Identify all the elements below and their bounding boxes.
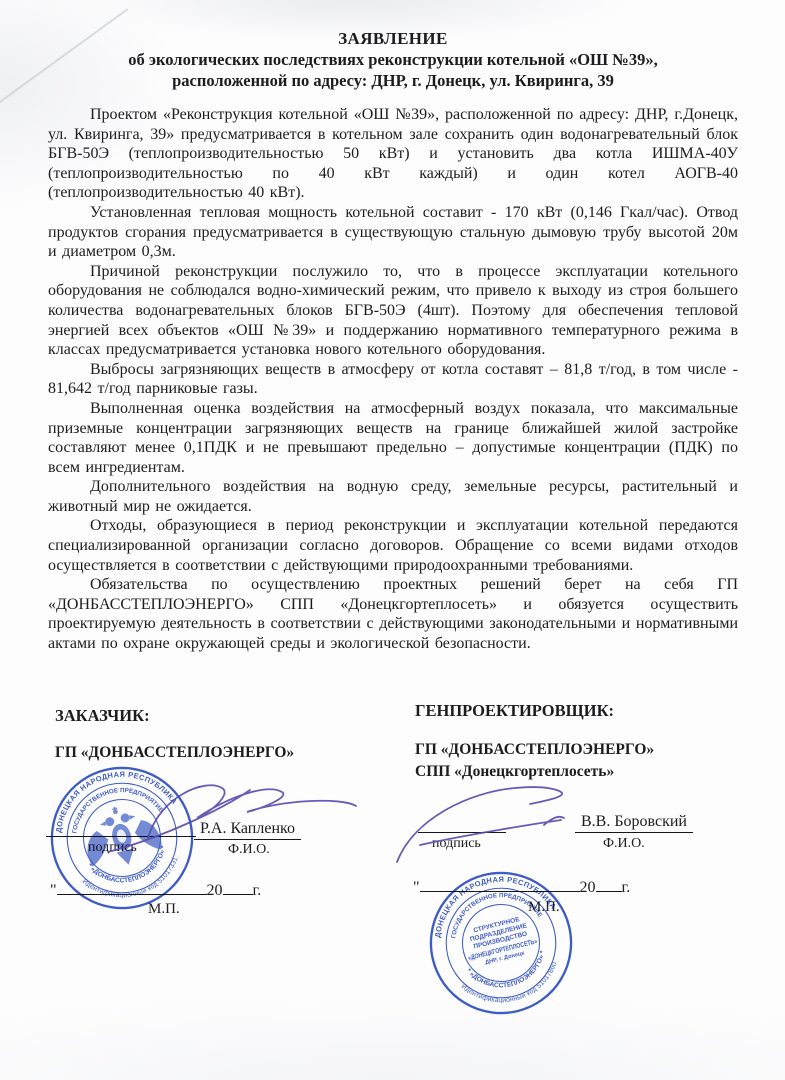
stamp-center-text: СТРУКТУРНОЕ ПОДРАЗДЕЛЕНИЕ ПРОИЗВОДСТВО «… — [461, 913, 540, 970]
paragraph: Проектом «Реконструкция котельной «ОШ №3… — [48, 105, 738, 203]
official-stamp-left: ДОНЕЦКАЯ НАРОДНАЯ РЕСПУБЛИКА Идентификац… — [32, 748, 211, 927]
customer-name: Р.А. Капленко — [194, 820, 301, 840]
year-suffix: г. — [253, 882, 262, 899]
paragraph: Дополнительного воздействия на водную ср… — [48, 477, 738, 516]
designer-name: В.В. Боровский — [575, 813, 693, 833]
paragraph: Установленная тепловая мощность котельно… — [48, 203, 738, 262]
title-line: ЗАЯВЛЕНИЕ — [48, 28, 738, 49]
designer-role-label: ГЕНПРОЕКТИРОВЩИК: — [415, 701, 614, 721]
customer-name-caption: Ф.И.О. — [228, 842, 270, 858]
scanned-document-page: ЗАЯВЛЕНИЕ об экологических последствиях … — [0, 0, 785, 1080]
paragraph: Обязательства по осуществлению проектных… — [48, 575, 738, 653]
paragraph: Выбросы загрязняющих веществ в атмосферу… — [48, 360, 738, 399]
year-prefix: 20 — [580, 879, 596, 896]
designer-signature-caption: подпись — [432, 836, 481, 852]
designer-name-caption: Ф.И.О. — [603, 836, 645, 852]
document-body: ЗАЯВЛЕНИЕ об экологических последствиях … — [48, 28, 738, 654]
year-suffix: г. — [622, 879, 631, 896]
paragraphs: Проектом «Реконструкция котельной «ОШ №3… — [48, 105, 738, 654]
paragraph: Отходы, образующиеся в период реконструк… — [48, 516, 738, 575]
title-line: об экологических последствиях реконструк… — [48, 49, 738, 70]
paragraph: Причиной реконструкции послужило то, что… — [48, 262, 738, 360]
document-title: ЗАЯВЛЕНИЕ об экологических последствиях … — [48, 28, 738, 91]
blank-line — [596, 876, 622, 892]
designer-company-line2: СПП «Донецкгортеплосеть» — [415, 763, 614, 781]
blank-line — [223, 879, 253, 895]
customer-role-label: ЗАКАЗЧИК: — [55, 706, 150, 726]
designer-company-line1: ГП «ДОНБАССТЕПЛОЭНЕРГО» — [415, 741, 654, 759]
title-line: расположенной по адресу: ДНР, г. Донецк,… — [48, 70, 738, 91]
designer-signature-line — [418, 817, 506, 833]
paragraph: Выполненная оценка воздействия на атмосф… — [48, 399, 738, 477]
